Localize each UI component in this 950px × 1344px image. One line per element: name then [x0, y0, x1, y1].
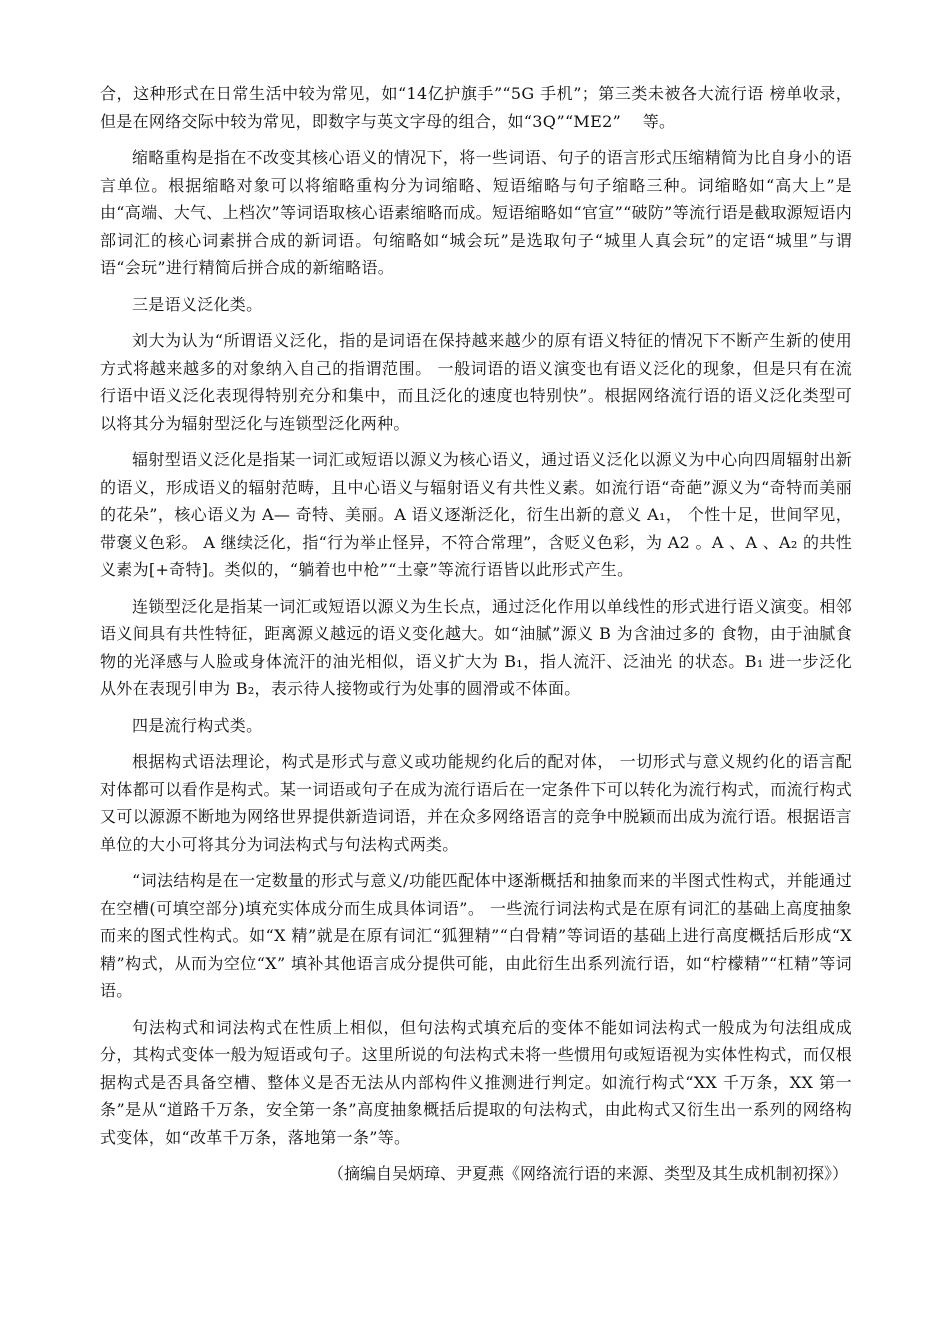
paragraph-lexical-construction: “词法结构是在一定数量的形式与意义/功能匹配体中逐渐概括和抽象而来的半图式性构式… [100, 867, 852, 1005]
document-page: 合，这种形式在日常生活中较为常见，如“14亿护旗手”“5G 手机”；第三类未被各… [100, 80, 852, 1187]
paragraph-abbreviation-restructuring: 缩略重构是指在不改变其核心语义的情况下，将一些词语、句子的语言形式压缩精简为比自… [100, 144, 852, 282]
section-heading-semantic-generalization: 三是语义泛化类。 [100, 291, 852, 319]
section-heading-popular-constructions: 四是流行构式类。 [100, 712, 852, 740]
paragraph-construction-grammar: 根据构式语法理论，构式是形式与意义或功能规约化后的配对体， 一切形式与意义规约化… [100, 748, 852, 858]
paragraph-semantic-generalization-definition: 刘大为认为“所谓语义泛化，指的是词语在保持越来越少的原有语义特征的情况下不断产生… [100, 327, 852, 437]
source-citation: （摘编自吴炳璋、尹夏燕《网络流行语的来源、类型及其生成机制初探》） [100, 1160, 852, 1187]
paragraph-continuation: 合，这种形式在日常生活中较为常见，如“14亿护旗手”“5G 手机”；第三类未被各… [100, 80, 852, 135]
paragraph-syntactic-construction: 句法构式和词法构式在性质上相似，但句法构式填充后的变体不能如词法构式一般成为句法… [100, 1014, 852, 1152]
paragraph-radial-generalization: 辐射型语义泛化是指某一词汇或短语以源义为核心语义，通过语义泛化以源义为中心向四周… [100, 446, 852, 584]
paragraph-chain-generalization: 连锁型泛化是指某一词汇或短语以源义为生长点，通过泛化作用以单线性的形式进行语义演… [100, 593, 852, 703]
